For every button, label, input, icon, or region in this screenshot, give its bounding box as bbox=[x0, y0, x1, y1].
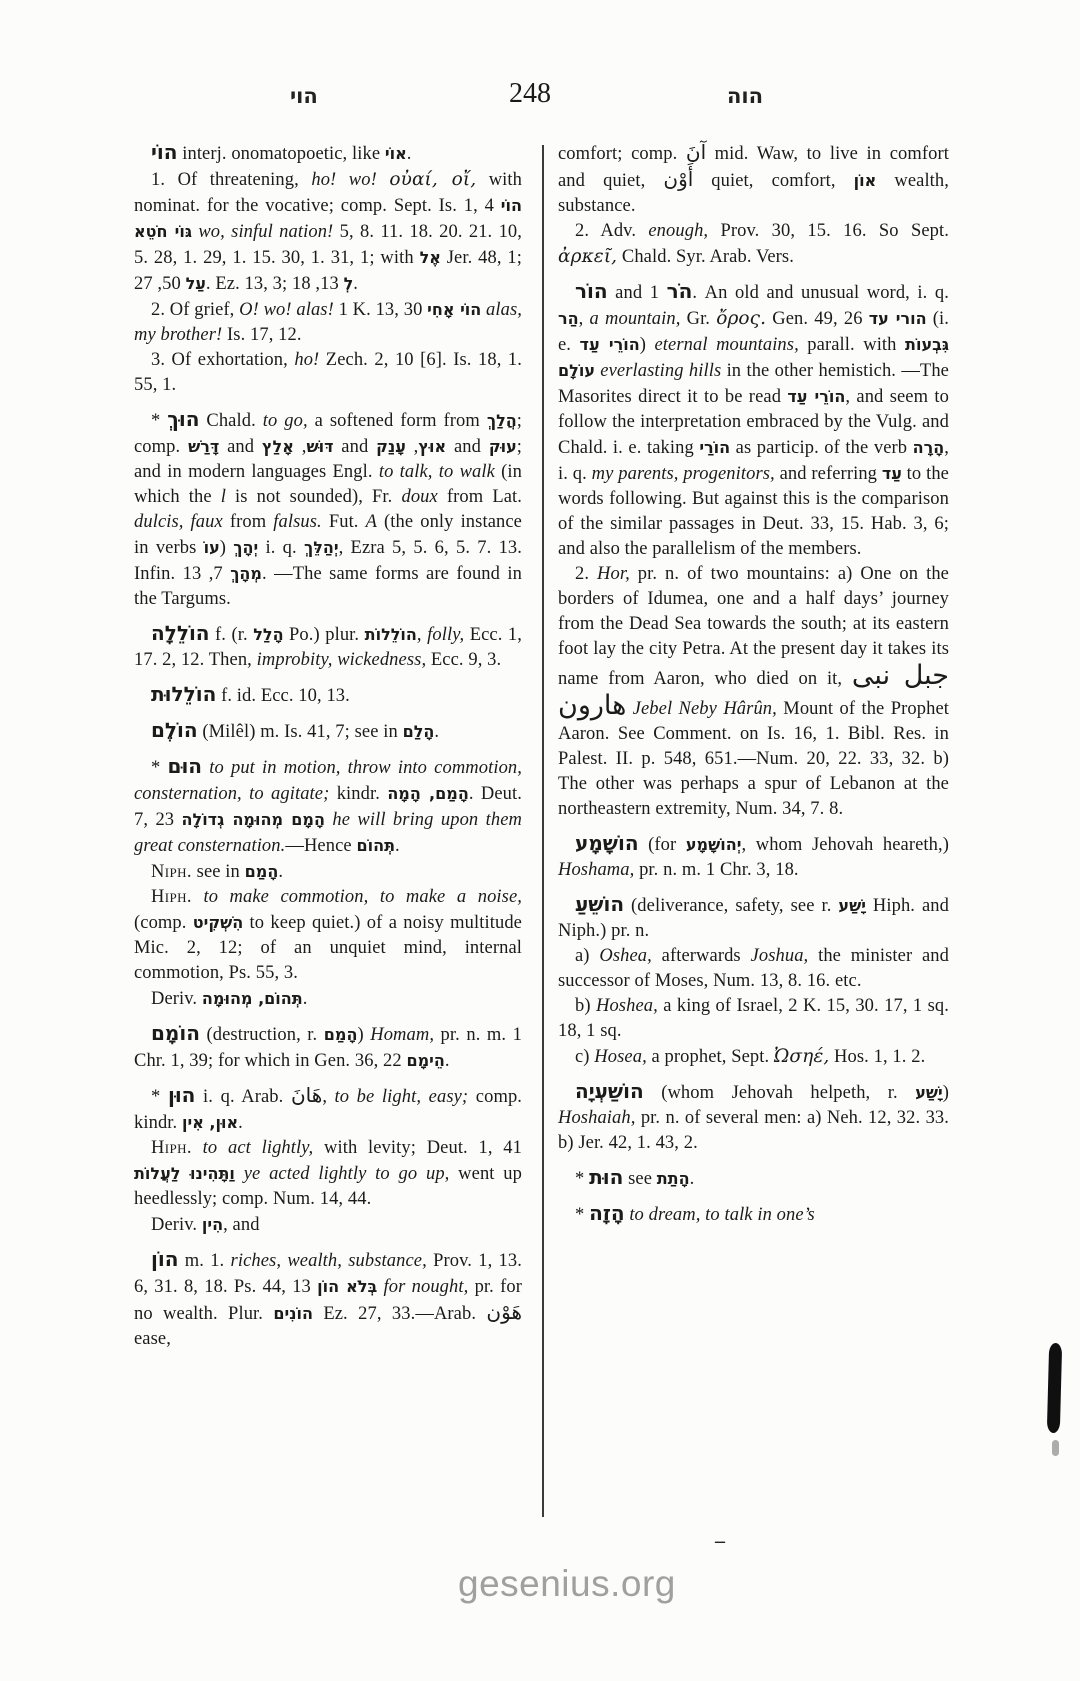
hebrew-text: לְ bbox=[344, 274, 354, 293]
entry-paragraph: הוֹלֵלָה f. (r. הָלַל Po.) plur. הוֹלֵלו… bbox=[134, 621, 522, 673]
text-run: . bbox=[434, 722, 439, 742]
entry-paragraph: c) Hosea, a prophet, Sept. Ὠσηέ, Hos. 1,… bbox=[558, 1044, 949, 1070]
arabic-text: هَوْن bbox=[486, 1300, 522, 1324]
hebrew-text: בְּלֹא הוֹן bbox=[317, 1277, 377, 1296]
hebrew-text: דּוּשׁ bbox=[306, 437, 333, 456]
hebrew-text: הִין bbox=[202, 1215, 223, 1234]
hebrew-headword: הֹר bbox=[667, 279, 693, 303]
text-run: . bbox=[303, 989, 308, 1009]
arabic-text: هَانَ bbox=[291, 1083, 322, 1107]
text-run: . bbox=[278, 862, 283, 882]
text-run: i. q. bbox=[258, 538, 304, 558]
header-keyword-left: הוי bbox=[290, 84, 318, 108]
entry-paragraph: 1. Of threatening, ho! wo! οὐαί, οἴ, wit… bbox=[134, 167, 522, 297]
italic-text: ho! wo! bbox=[311, 170, 389, 190]
hebrew-text: אוּץ bbox=[418, 437, 446, 456]
text-run: (for bbox=[639, 835, 686, 855]
hebrew-text: אוֹי bbox=[385, 144, 407, 163]
italic-text: my parents, progenitors, bbox=[592, 464, 775, 484]
hebrew-text: הָלַל bbox=[253, 625, 283, 644]
text-run: pr. n. m. 1 Chr. 3, 18. bbox=[634, 860, 798, 880]
text-run: a) bbox=[575, 946, 599, 966]
hebrew-headword: הוֹן bbox=[151, 1247, 178, 1271]
hebrew-text: הוֹי אָחִי bbox=[427, 300, 481, 319]
text-run: (comp. bbox=[134, 913, 193, 933]
entry-paragraph: Deriv. הִין, and bbox=[134, 1212, 522, 1238]
text-run bbox=[192, 887, 204, 907]
hebrew-text: עוֹ bbox=[204, 538, 220, 557]
text-run: 2. Of grief, bbox=[151, 300, 239, 320]
arabic-text: أَوْن bbox=[663, 167, 693, 191]
text-run: afterwards bbox=[652, 946, 751, 966]
hebrew-headword: הוּם bbox=[168, 754, 203, 778]
hebrew-headword: הוּת bbox=[589, 1165, 623, 1189]
entry-paragraph: * הָזָה to dream, to talk in one’s bbox=[558, 1201, 949, 1228]
italic-text: enough, bbox=[648, 221, 708, 241]
text-run: interj. onomatopoetic, like bbox=[178, 144, 385, 164]
text-run bbox=[235, 1164, 244, 1184]
entry-paragraph: * הוּת see הָתַת. bbox=[558, 1165, 949, 1192]
entry-paragraph: 2. Adv. enough, Prov. 30, 15. 16. So Sep… bbox=[558, 219, 949, 270]
text-run: Is. 17, 12. bbox=[222, 325, 301, 345]
text-run: ) bbox=[357, 1025, 370, 1045]
hebrew-text: הוֹרֵי עַד bbox=[580, 335, 640, 354]
entry-paragraph: * הוּךְ Chald. to go, a softened form fr… bbox=[134, 407, 522, 612]
end-of-column-dash: – bbox=[700, 1530, 740, 1553]
hebrew-text: יָשַׁע bbox=[915, 1083, 943, 1102]
text-run: Chald. bbox=[199, 411, 262, 431]
hebrew-text: עַד bbox=[882, 464, 902, 483]
hebrew-text: הוֹלֵלוֹת bbox=[365, 625, 417, 644]
hebrew-headword: הוֹמָם bbox=[151, 1021, 200, 1045]
italic-text: Hosea, bbox=[594, 1047, 647, 1067]
text-run: 1 K. 13, 30 bbox=[334, 300, 427, 320]
text-run: , bbox=[322, 1087, 334, 1107]
hebrew-text: הוֹרַי bbox=[699, 438, 730, 457]
text-run: ease, bbox=[134, 1329, 171, 1349]
text-run: Po.) plur. bbox=[284, 625, 365, 645]
italic-text: riches, wealth, substance, bbox=[231, 1251, 427, 1271]
hebrew-headword: הוּן bbox=[168, 1083, 195, 1107]
text-run: f. (r. bbox=[210, 625, 254, 645]
italic-text: for nought, bbox=[384, 1277, 469, 1297]
hebrew-headword: הוֹשָׁמָע bbox=[575, 831, 639, 855]
hebrew-text: עָנַק bbox=[376, 437, 406, 456]
hebrew-text: הָמַם, הָמָה bbox=[387, 784, 469, 803]
arabic-text: آنَ bbox=[686, 140, 706, 164]
hebrew-headword: הָזָה bbox=[589, 1201, 625, 1225]
text-run: ) bbox=[640, 335, 655, 355]
text-run: . bbox=[395, 836, 400, 856]
italic-text: O! wo! alas! bbox=[239, 300, 334, 320]
entry-paragraph: * הוּן i. q. Arab. هَانَ, to be light, e… bbox=[134, 1083, 522, 1136]
hebrew-text: הוֹנִים bbox=[273, 1304, 313, 1323]
text-run: . bbox=[690, 1169, 695, 1189]
hebrew-headword: הוֹלֵלוּת bbox=[151, 682, 216, 706]
hebrew-headword: הוֹשֵׁעַ bbox=[575, 892, 624, 916]
italic-text: Hoshaiah, bbox=[558, 1108, 635, 1128]
hebrew-headword: הוֹי bbox=[151, 140, 178, 164]
text-run: Jer. 48, 1; bbox=[441, 248, 522, 268]
text-run: comfort; comp. bbox=[558, 144, 686, 164]
text-run: , bbox=[406, 437, 419, 457]
text-run: 7, 13. —The same forms are found in the … bbox=[134, 564, 522, 609]
entry-paragraph: הוֹשַׁעְיָה (whom Jehovah helpeth, r. יָ… bbox=[558, 1079, 949, 1156]
entry-paragraph: Niph. see in הָמַם. bbox=[134, 859, 522, 885]
text-run: , bbox=[579, 309, 590, 329]
smallcaps-label: Hiph. bbox=[151, 1138, 192, 1158]
text-run: Hos. 1, 1. 2. bbox=[829, 1047, 925, 1067]
text-run: quiet, comfort, bbox=[693, 171, 853, 191]
text-run: . bbox=[445, 1051, 450, 1071]
text-run: * bbox=[151, 411, 167, 431]
text-run: f. id. Ecc. 10, 13. bbox=[216, 686, 350, 706]
hebrew-text: תְּהוֹם, מְהוּמָה bbox=[202, 989, 303, 1008]
text-run: —Hence bbox=[285, 836, 356, 856]
hebrew-text: הָמַם bbox=[324, 1025, 358, 1044]
text-run: Prov. 30, 15. 16. So Sept. bbox=[708, 221, 949, 241]
hebrew-text: הִשְׁקִיט bbox=[193, 913, 243, 932]
greek-text: οὐαί, οἴ, bbox=[389, 169, 476, 190]
text-run: is not sounded), Fr. bbox=[226, 487, 401, 507]
text-run: Fut. bbox=[322, 512, 366, 532]
text-run: and bbox=[608, 283, 650, 303]
text-run: parall. with bbox=[799, 335, 905, 355]
greek-text: ἀρκεῖ, bbox=[558, 246, 617, 267]
text-run: c) bbox=[575, 1047, 594, 1067]
text-run: * bbox=[575, 1205, 589, 1225]
entry-paragraph: 3. Of exhortation, ho! Zech. 2, 10 [6]. … bbox=[134, 348, 522, 398]
text-run: ) bbox=[943, 1083, 949, 1103]
hebrew-headword: הוֹשַׁעְיָה bbox=[575, 1079, 644, 1103]
text-run: . bbox=[238, 1113, 243, 1133]
greek-text: ὄρος. bbox=[716, 308, 766, 329]
text-run: (whom Jehovah helpeth, r. bbox=[644, 1083, 916, 1103]
entry-paragraph: הוֹשֵׁעַ (deliverance, safety, see r. יָ… bbox=[558, 892, 949, 944]
hebrew-text: יָשַׁע bbox=[838, 896, 866, 915]
text-run: 2. bbox=[575, 564, 597, 584]
hebrew-text: עַל bbox=[186, 274, 206, 293]
watermark: gesenius.org bbox=[458, 1563, 676, 1605]
text-run: . bbox=[407, 144, 412, 164]
hebrew-text: יְהַלֵּךְ bbox=[304, 538, 339, 557]
text-run: (Milêl) m. Is. 41, 7; see in bbox=[198, 722, 403, 742]
entry-paragraph: הוֹר and הֹר 1. An old and unusual word,… bbox=[558, 279, 949, 562]
italic-text: wo, sinful nation! bbox=[198, 222, 333, 242]
entry-paragraph: Deriv. תְּהוֹם, מְהוּמָה. bbox=[134, 986, 522, 1012]
text-run: 2. Adv. bbox=[575, 221, 648, 241]
italic-text: to go, bbox=[263, 411, 308, 431]
hebrew-text: הָרָה bbox=[913, 438, 945, 457]
text-run: , whom Jehovah heareth,) bbox=[741, 835, 949, 855]
entry-paragraph: Hiph. to make commotion, to make a noise… bbox=[134, 885, 522, 986]
hebrew-text: הָמָם מְהוּמָה גְדוֹלָה bbox=[182, 810, 325, 829]
text-run: , bbox=[294, 437, 307, 457]
text-run: * bbox=[151, 758, 168, 778]
smallcaps-label: Niph. bbox=[151, 862, 192, 882]
text-run: and referring bbox=[775, 464, 882, 484]
entry-paragraph: הוֹי interj. onomatopoetic, like אוֹי. bbox=[134, 140, 522, 167]
text-run: Ez. 27, 33.—Arab. bbox=[313, 1304, 486, 1324]
hebrew-text: הֲלַךְ bbox=[487, 411, 517, 430]
text-run: 50, 27. Ez. 13, 3; bbox=[134, 274, 292, 294]
scan-ink-artifact-small bbox=[1052, 1440, 1059, 1456]
hebrew-headword: הוּךְ bbox=[167, 407, 199, 431]
hebrew-text: הוֹרֵי עַד bbox=[787, 387, 845, 406]
entry-paragraph: הוֹמָם (destruction, r. הָמַם) Homam, pr… bbox=[134, 1021, 522, 1074]
hebrew-text: הָתַת bbox=[657, 1169, 690, 1188]
italic-text: falsus. bbox=[273, 512, 322, 532]
italic-text: dulcis, faux bbox=[134, 512, 223, 532]
scan-ink-artifact bbox=[1047, 1343, 1062, 1433]
italic-text: to talk, to walk bbox=[379, 462, 495, 482]
text-run: see in bbox=[192, 862, 245, 882]
text-run: b) bbox=[575, 996, 596, 1016]
text-run: from bbox=[223, 512, 273, 532]
entry-paragraph: הוֹלֵלוּת f. id. Ecc. 10, 13. bbox=[134, 682, 522, 709]
italic-text: Hor, bbox=[597, 564, 630, 584]
text-run: as particip. of the verb bbox=[730, 438, 913, 458]
entry-paragraph: 2. Hor, pr. n. of two mountains: a) One … bbox=[558, 562, 949, 822]
text-run: a softened form from bbox=[308, 411, 487, 431]
italic-text: Hoshea, bbox=[596, 996, 658, 1016]
text-run: , and bbox=[223, 1215, 259, 1235]
hebrew-text: אוּן, אִין bbox=[182, 1113, 238, 1132]
italic-text: ye acted lightly to go up, bbox=[244, 1164, 450, 1184]
text-run: see bbox=[623, 1169, 656, 1189]
text-run: a prophet, Sept. bbox=[647, 1047, 774, 1067]
italic-text: Homam, bbox=[370, 1025, 434, 1045]
text-run: and bbox=[446, 437, 489, 457]
italic-text: ho! bbox=[294, 350, 319, 370]
greek-text: Ὠσηέ, bbox=[774, 1046, 829, 1067]
text-run: Gen. 49, 26 bbox=[766, 309, 869, 329]
hebrew-text: יְהוֹשָׁמָע bbox=[686, 835, 742, 854]
hebrew-text: דָּרַשׁ bbox=[188, 437, 219, 456]
text-run: Gr. bbox=[680, 309, 716, 329]
header-keyword-right: הוה bbox=[727, 84, 763, 108]
text-run: and bbox=[333, 437, 376, 457]
hebrew-text: מְהָךְ bbox=[230, 564, 262, 583]
text-run: kindr. bbox=[329, 784, 387, 804]
hebrew-text: הַר bbox=[558, 309, 579, 328]
text-run: i. q. Arab. bbox=[195, 1087, 291, 1107]
text-run: * bbox=[575, 1169, 589, 1189]
text-run: ) bbox=[220, 538, 234, 558]
text-run: with levity; Deut. 1, 41 bbox=[313, 1138, 522, 1158]
hebrew-text: יְהָךְ bbox=[233, 538, 258, 557]
italic-text: to be light, easy; bbox=[334, 1087, 468, 1107]
hebrew-text: אָלַץ bbox=[262, 437, 294, 456]
italic-text: Oshea, bbox=[599, 946, 652, 966]
text-run: Chald. Syr. Arab. Vers. bbox=[617, 247, 794, 267]
hebrew-headword: הוֹר bbox=[575, 279, 608, 303]
text-run bbox=[192, 1138, 203, 1158]
entry-paragraph: הוֹשָׁמָע (for יְהוֹשָׁמָע, whom Jehovah… bbox=[558, 831, 949, 883]
italic-text: Joshua, bbox=[751, 946, 809, 966]
page-number: 248 bbox=[485, 78, 575, 110]
italic-text: to make commotion, to make a noise, bbox=[203, 887, 522, 907]
hebrew-text: הֵימָם bbox=[406, 1051, 444, 1070]
italic-text: a mountain, bbox=[590, 309, 681, 329]
hebrew-text: עוּק bbox=[489, 437, 517, 456]
hebrew-text: אוֹן bbox=[854, 171, 877, 190]
text-run: and bbox=[219, 437, 262, 457]
italic-text: A bbox=[366, 512, 377, 532]
entry-paragraph: הוֹן m. 1. riches, wealth, substance, Pr… bbox=[134, 1247, 522, 1352]
entry-paragraph: 2. Of grief, O! wo! alas! 1 K. 13, 30 הו… bbox=[134, 297, 522, 348]
smallcaps-label: Hiph. bbox=[151, 887, 192, 907]
entry-paragraph: הוֹלֶם (Milêl) m. Is. 41, 7; see in הָלַ… bbox=[134, 718, 522, 745]
column-left: הוֹי interj. onomatopoetic, like אוֹי.1.… bbox=[134, 140, 522, 1352]
hebrew-text: הורי עד bbox=[869, 309, 927, 328]
entry-paragraph: b) Hoshea, a king of Israel, 2 K. 15, 30… bbox=[558, 994, 949, 1044]
hebrew-text: אֶל bbox=[420, 248, 441, 267]
entry-paragraph: Hiph. to act lightly, with levity; Deut.… bbox=[134, 1136, 522, 1212]
text-run: Deriv. bbox=[151, 989, 202, 1009]
italic-text: Jebel Neby Hârûn, bbox=[633, 699, 777, 719]
italic-text: doux bbox=[401, 487, 437, 507]
text-run: 1. An old and unusual word, i. q. bbox=[650, 283, 949, 303]
hebrew-headword: הוֹלֵלָה bbox=[151, 621, 210, 645]
entry-paragraph: * הוּם to put in motion, throw into comm… bbox=[134, 754, 522, 859]
hebrew-text: הָמַם bbox=[245, 862, 279, 881]
italic-text: folly, bbox=[427, 625, 464, 645]
text-run: from Lat. bbox=[438, 487, 522, 507]
text-run: 1. Of threatening, bbox=[151, 170, 311, 190]
text-run: Ecc. 9, 3. bbox=[426, 650, 501, 670]
text-run: , bbox=[417, 625, 427, 645]
column-right: comfort; comp. آنَ mid. Waw, to live in … bbox=[558, 140, 949, 1228]
hebrew-text: תְּהוֹם bbox=[356, 836, 395, 855]
hebrew-text: וַתָּהִינוּ לַעֲלוֹת bbox=[134, 1164, 235, 1183]
entry-paragraph: comfort; comp. آنَ mid. Waw, to live in … bbox=[558, 140, 949, 219]
italic-text: eternal mountains, bbox=[655, 335, 799, 355]
italic-text: improbity, wickedness, bbox=[257, 650, 427, 670]
hebrew-text: הָלַם bbox=[403, 722, 435, 741]
text-run: (destruction, r. bbox=[200, 1025, 324, 1045]
text-run: m. 1. bbox=[178, 1251, 230, 1271]
lexicon-page: הוי 248 הוה הוֹי interj. onomatopoetic, … bbox=[0, 0, 1080, 1681]
hebrew-headword: הוֹלֶם bbox=[151, 718, 198, 742]
text-run: 3. Of exhortation, bbox=[151, 350, 294, 370]
text-run: * bbox=[151, 1087, 168, 1107]
entry-paragraph: a) Oshea, afterwards Joshua, the ministe… bbox=[558, 944, 949, 994]
text-run: (deliverance, safety, see r. bbox=[624, 896, 838, 916]
column-divider-rule bbox=[542, 145, 544, 1517]
italic-text: to act lightly, bbox=[203, 1138, 314, 1158]
text-run: Deriv. bbox=[151, 1215, 202, 1235]
italic-text: to dream, to talk in one’s bbox=[629, 1205, 815, 1225]
italic-text: Hoshama, bbox=[558, 860, 634, 880]
italic-text: everlasting hills bbox=[600, 361, 721, 381]
